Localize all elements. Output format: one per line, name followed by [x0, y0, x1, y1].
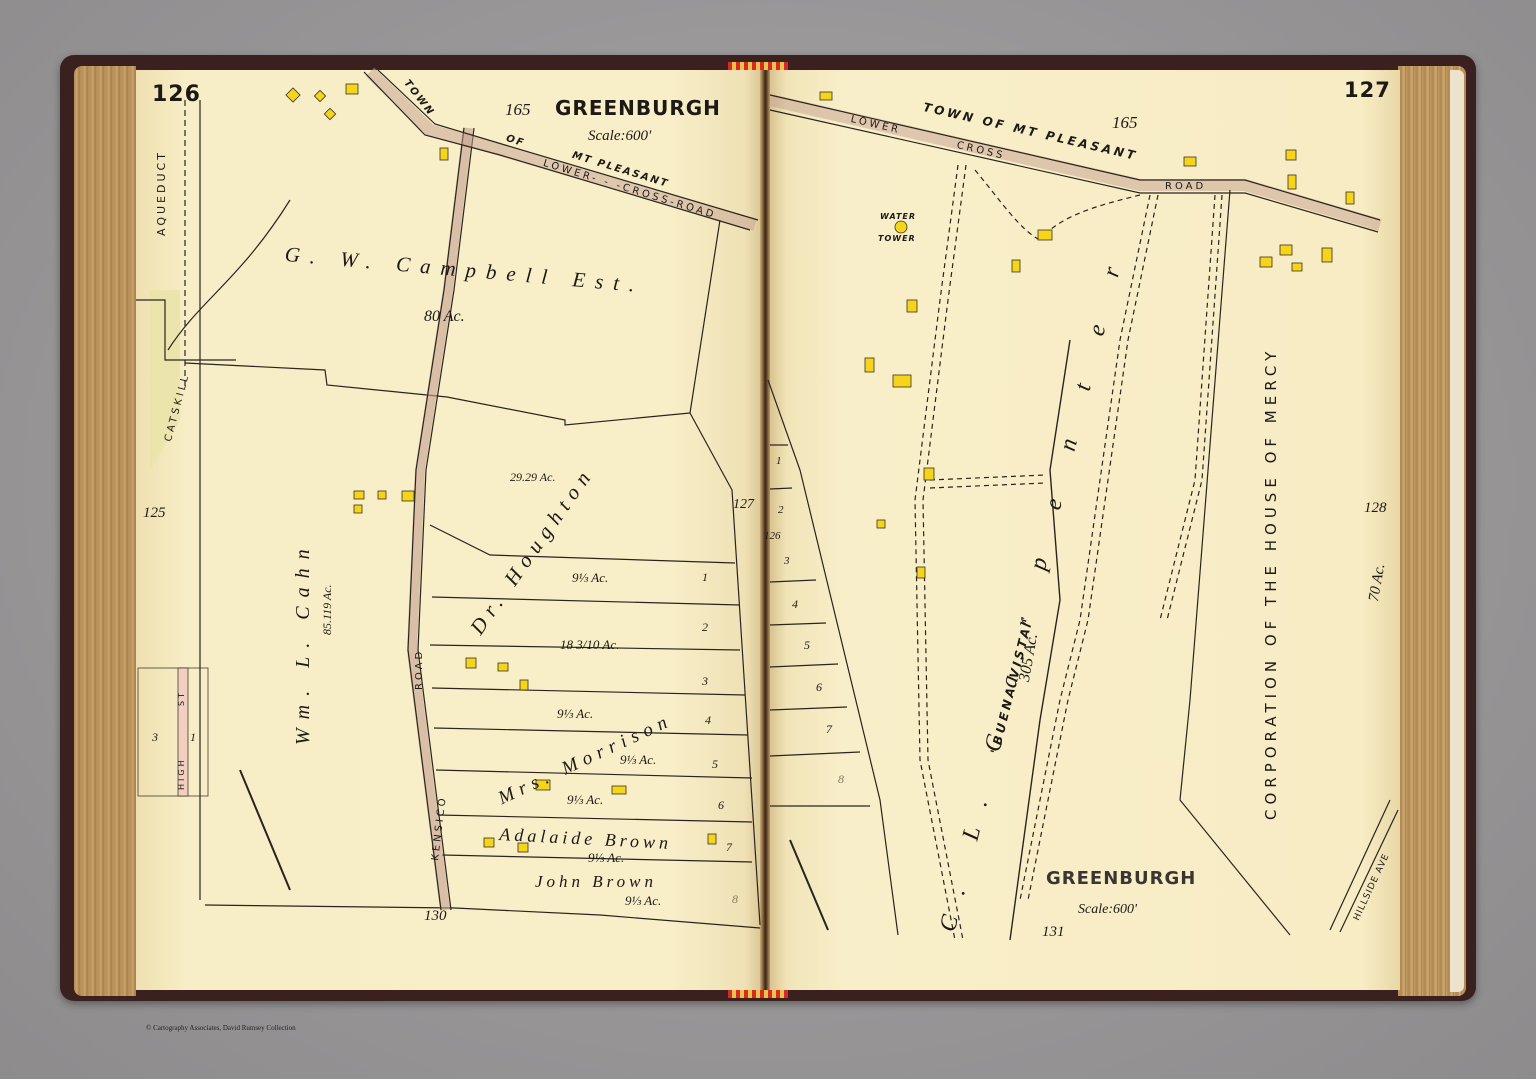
owner-john-brown: John Brown: [535, 872, 657, 892]
water-tower-label-1: WATER: [880, 212, 916, 221]
lot-number-4: 4: [705, 713, 711, 728]
block-number-1: 1: [190, 730, 196, 745]
left-plate-ref-top: 165: [505, 100, 531, 120]
block-number-3: 3: [152, 730, 158, 745]
street-label-high: HIGH: [177, 757, 186, 790]
feature-label-aqueduct: AQUEDUCT: [155, 150, 168, 236]
right-lot-3: 3: [784, 555, 790, 567]
lot-number-2: 2: [702, 620, 708, 635]
right-plate-ref-128: 128: [1364, 500, 1387, 517]
right-lot-4: 4: [792, 597, 798, 612]
lot-number-7: 7: [726, 840, 732, 855]
left-plate-ref-130: 130: [424, 908, 447, 925]
owner-cahn: Wm. L. Cahn: [292, 540, 315, 745]
right-lot-1: 1: [776, 455, 782, 467]
lot-number-1: 1: [702, 570, 708, 585]
left-scale: Scale:600': [588, 128, 651, 145]
lot-number-3: 3: [702, 674, 708, 689]
right-lot-8: 8: [838, 772, 844, 787]
lot-area-2: 18 3/10 Ac.: [560, 637, 619, 653]
right-plate-ref-top: 165: [1112, 113, 1138, 133]
area-cahn: 85.119 Ac.: [320, 584, 335, 635]
left-page-number: 126: [152, 82, 201, 107]
lot-number-6: 6: [718, 798, 724, 813]
owner-house-of-mercy: CORPORATION OF THE HOUSE OF MERCY: [1262, 347, 1280, 820]
street-label-st: ST: [177, 690, 186, 706]
left-plate-ref-125: 125: [143, 505, 166, 522]
road-label-road: ROAD: [414, 649, 425, 690]
left-page-title: GREENBURGH: [555, 96, 721, 120]
area-houghton: 29.29 Ac.: [510, 470, 555, 485]
right-lot-6: 6: [816, 680, 822, 695]
right-lot-7: 7: [826, 722, 832, 737]
area-john-brown: 9⅓ Ac.: [625, 893, 661, 909]
lot-area-5: 9⅓ Ac.: [620, 752, 656, 768]
water-tower-label-2: TOWER: [878, 234, 916, 243]
lot-area-1: 9⅓ Ac.: [572, 570, 608, 586]
lot-area-6: 9⅓ Ac.: [567, 792, 603, 808]
left-plate-ref-127: 127: [733, 497, 754, 513]
credit-line: © Cartography Associates, David Rumsey C…: [146, 1024, 296, 1032]
right-lot-5: 5: [804, 638, 810, 653]
right-plate-ref-126: 126: [764, 530, 781, 542]
lot-number-5: 5: [712, 757, 718, 772]
right-scale: Scale:600': [1078, 902, 1137, 918]
right-lot-2: 2: [778, 504, 784, 516]
area-campbell: 80 Ac.: [424, 308, 465, 326]
lot-number-8: 8: [732, 892, 738, 907]
area-adalaide-brown: 9⅓ Ac.: [588, 850, 624, 866]
lot-area-4: 9⅓ Ac.: [557, 706, 593, 722]
road-label-road-right: ROAD: [1165, 181, 1206, 192]
right-plate-ref-131: 131: [1042, 924, 1065, 941]
right-page-title: GREENBURGH: [1046, 868, 1196, 889]
right-page-number: 127: [1344, 78, 1391, 102]
